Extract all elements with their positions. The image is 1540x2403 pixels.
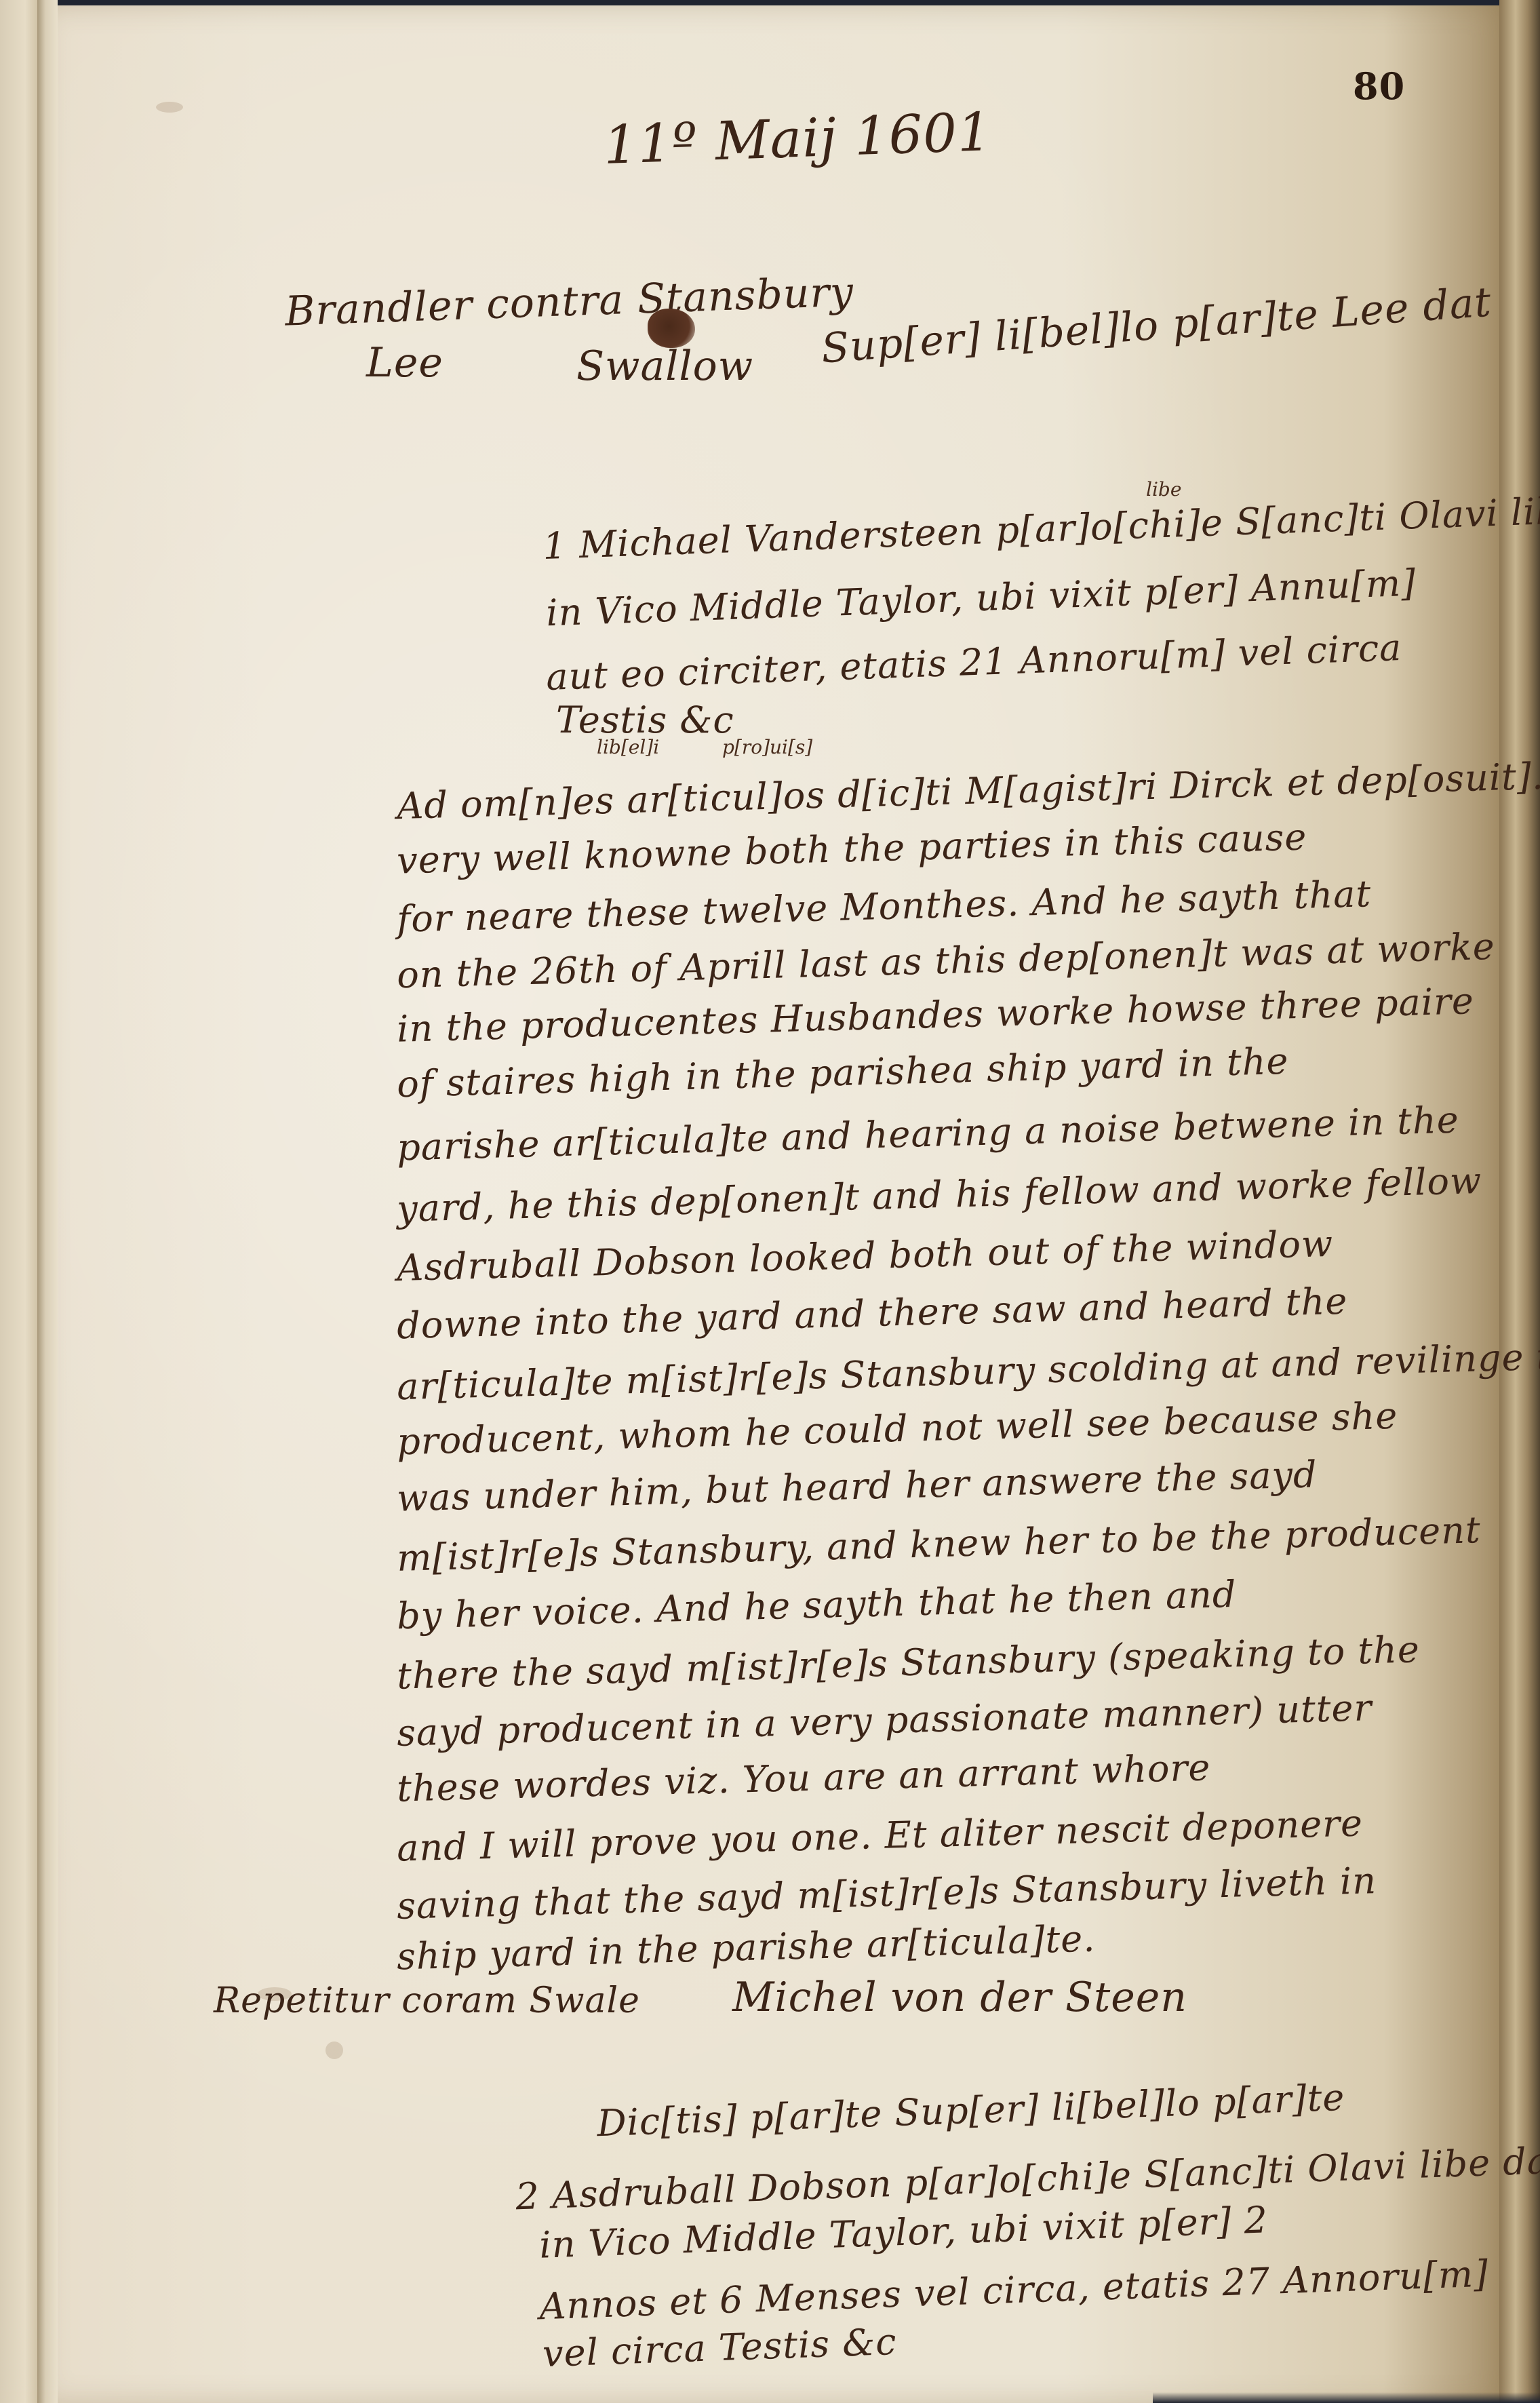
witness-1-testis: Testis &c xyxy=(556,699,734,741)
scan-bottom-border xyxy=(1153,2392,1540,2403)
witness-1-signature: Michel von der Steen xyxy=(732,1974,1187,2021)
folio-number: 80 xyxy=(1353,64,1405,108)
case-caption-lee: Lee xyxy=(366,339,443,387)
facing-page-edge xyxy=(0,0,42,2403)
interlinear-mri: p[ro]ui[s] xyxy=(722,736,812,758)
interlinear-libelli: lib[el]i xyxy=(597,736,659,758)
interlinear-libe: libe xyxy=(1146,478,1181,501)
paper-stain xyxy=(156,102,183,113)
paper-stain xyxy=(325,2041,343,2059)
binding-gutter xyxy=(37,0,58,2403)
page-fore-edge xyxy=(1499,0,1540,2403)
margin-note-repetitur: Repetitur coram Swale xyxy=(214,1980,640,2021)
case-caption-swallow: Swallow xyxy=(576,343,753,390)
